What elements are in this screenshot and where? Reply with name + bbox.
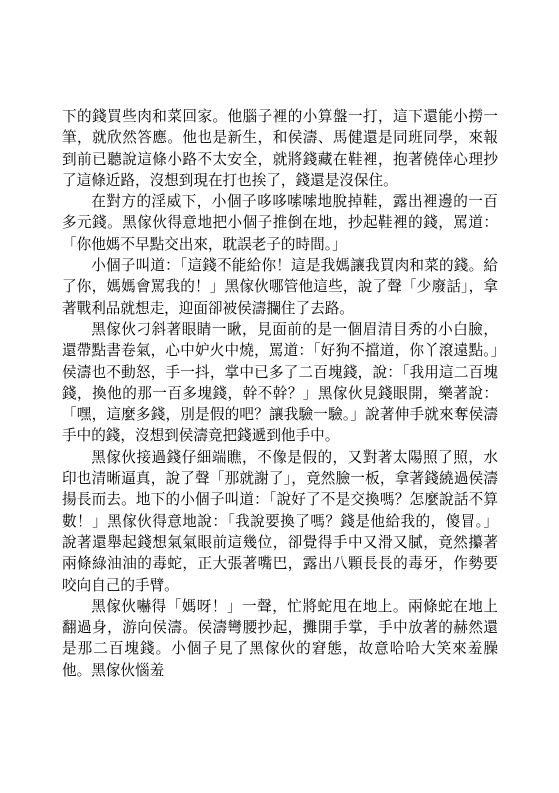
- text-block: 下的錢買些肉和菜回家。他腦子裡的小算盤一打，這下還能小撈一筆，就欣然答應。他也是…: [62, 107, 498, 682]
- paragraph: 小個子叫道：「這錢不能給你！這是我媽讓我買肉和菜的錢。給了你，媽媽會罵我的！」黑…: [62, 256, 498, 320]
- paragraph: 黑傢伙嚇得「媽呀！」一聲，忙將蛇甩在地上。兩條蛇在地上翻過身，游向侯濤。侯濤彎腰…: [62, 597, 498, 682]
- paragraph: 在對方的淫威下，小個子哆哆嗦嗦地脫掉鞋，露出裡邊的一百多元錢。黑傢伙得意地把小個…: [62, 192, 498, 256]
- document-page: 下的錢買些肉和菜回家。他腦子裡的小算盤一打，這下還能小撈一筆，就欣然答應。他也是…: [0, 0, 559, 793]
- paragraph: 黑傢伙刁斜著眼睛一瞅，見面前的是一個眉清目秀的小白臉，還帶點書卷氣，心中妒火中燒…: [62, 320, 498, 448]
- paragraph: 黑傢伙接過錢仔細端瞧，不像是假的，又對著太陽照了照，水印也清晰逼真，說了聲「那就…: [62, 448, 498, 597]
- paragraph-continuation: 下的錢買些肉和菜回家。他腦子裡的小算盤一打，這下還能小撈一筆，就欣然答應。他也是…: [62, 107, 498, 192]
